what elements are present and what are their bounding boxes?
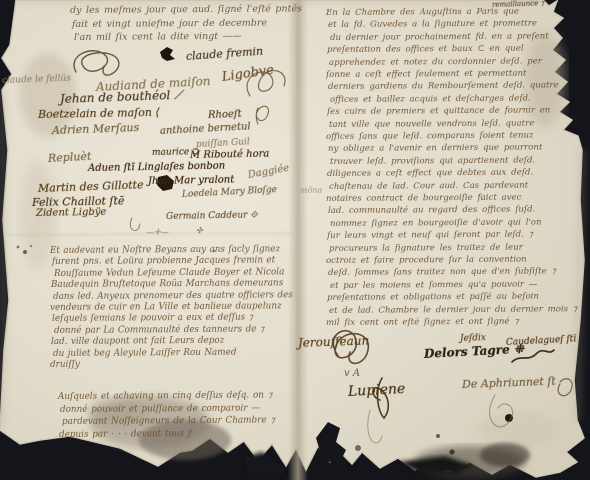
right-body-line: notaires contract de bourgeoiſie faict a… xyxy=(326,193,521,204)
signature: Lupiene xyxy=(348,381,406,400)
left-body-line: lad. ville daupont ont fait Leurs depoz xyxy=(51,336,224,347)
left-body-line: Et audevant eu Noſtre Beyans auy ans ſac… xyxy=(50,244,280,256)
right-body-line: offices ſans que leſd. comparans ſoient … xyxy=(326,131,534,142)
signature: puiſſan Guil xyxy=(196,137,250,150)
right-body-line: du dernier jour prochainement fd. en a p… xyxy=(330,31,549,43)
left-body-line: druiſſy xyxy=(50,360,80,370)
right-body-line: ſur leurs vingt et neuf qui ſeront par l… xyxy=(327,230,533,241)
right-body-line: lad. communaulté au regard des offices ſ… xyxy=(328,205,535,216)
left-footer-line: depuis par · · · devant tous ſᵗ xyxy=(59,429,193,440)
right-body-line: nommez ſignez en bourgeoiſie d'avoir qui… xyxy=(330,217,542,228)
right-body-line: deſd. ſommes ſans traitez non que d'en ſ… xyxy=(328,267,556,279)
signature: claude le fellūs xyxy=(2,74,71,86)
signature: Boetzelain de maſon ⟨ xyxy=(38,106,160,121)
signature: ✣ xyxy=(196,226,203,235)
signature: anthoine bernetul xyxy=(160,121,251,137)
signature: M Ribouté hora xyxy=(190,149,270,161)
signature: v A xyxy=(344,368,360,379)
signature: Zident Ligbÿe xyxy=(36,207,106,219)
signature: Repluèt xyxy=(48,150,92,165)
signature: Ligobve xyxy=(221,63,275,85)
right-body-line: mil ſix cent ont eſté ſignez et ont ſign… xyxy=(326,317,519,328)
left-body-line: leſquels ſemians le pouvoir a eux et deſ… xyxy=(52,313,253,324)
right-body-line: ſonne a ceſt effect ſeulement et permett… xyxy=(326,69,527,80)
signature: Jeſdix xyxy=(460,333,486,344)
right-body-line: ſes cuirs de premiers et quittance de fo… xyxy=(327,106,550,118)
signature: Adrien Merſaus xyxy=(52,121,140,137)
left-body-line: dans led. Anyeux prenomeur des quatre of… xyxy=(53,290,293,302)
signature: De Aphriunnet ſt xyxy=(462,375,556,391)
left-header-line: dy les meſmes jour que aud. ſigné l'eſté… xyxy=(70,3,302,16)
right-body-line: trouver leſd. proviſions qui apartienent… xyxy=(330,155,535,166)
left-header-line: fait et vingt uniefme jour de decembre xyxy=(72,17,267,29)
right-body-line: diligences a ceſt effect que debtes aux … xyxy=(327,168,533,179)
left-body-line: Baudequin Bruſtetoque Roüa Marchans deme… xyxy=(51,279,283,291)
left-body-line: furent pns. et Loüra probienne Jacques f… xyxy=(52,256,275,268)
left-footer-line: donné pouvoir et puiſſance de comparoir … xyxy=(60,403,260,414)
annotation: mõna xyxy=(300,186,322,195)
signature: Jerouſſeaun xyxy=(298,334,370,350)
signature: claude fremin xyxy=(186,45,264,63)
left-header-line: l'an mil ſix cent la dite vingt —— xyxy=(74,31,242,43)
right-body-line: apprehendez et notez du cordonnier deſd.… xyxy=(329,56,542,67)
right-body-line: preſentations et obligations et paſſé au… xyxy=(327,292,539,303)
signature: Daggiée xyxy=(247,163,290,181)
right-body-line: et la fd. Guvedes a la ſignature et prom… xyxy=(328,19,537,30)
signature: Germain Caddeur ⟐ xyxy=(166,210,258,222)
right-body-line: tant ville que nouvelle vendrons leſd. q… xyxy=(329,118,534,129)
left-body-line: donné par La Communaulté des tanneurs de… xyxy=(54,324,264,335)
right-body-line: derniers gardiens du Rembourſement deſd.… xyxy=(328,81,559,93)
left-body-line: du juliet beg Aleyule Laiſſer Rou Named xyxy=(53,347,237,358)
signature: Martin des Gillotte xyxy=(38,178,144,195)
left-footer-line: pardevant Noſſeigneurs de la Cour Chambr… xyxy=(62,416,275,427)
left-footer-line: Auſquels et achaving un cinq deſſus deſq… xyxy=(58,391,272,402)
signature: Loedela Mary Bloſge xyxy=(182,185,277,200)
right-body-line: octroiz et faire procedure ſur la conven… xyxy=(326,255,527,266)
right-body-line: En la Chambre des Auguſtins a Paris que xyxy=(326,7,519,18)
right-body-line: chaſtenau de lad. Cour aud. Cas pardevan… xyxy=(329,180,528,191)
annotation: —✛— xyxy=(146,228,169,237)
right-body-line: procureurs la ſignature les traitez de l… xyxy=(329,242,523,253)
signature: Jehan de bouthéol ⟋ xyxy=(60,88,183,107)
right-body-line: et de lad. Chambre le dernier jour du de… xyxy=(329,304,577,316)
right-body-line: offices et baillez acquis et deſcharges … xyxy=(330,93,531,104)
right-body-line: et par les moiens et ſommes qu'a pouvoir… xyxy=(330,279,537,290)
annotation: remaillaunce ⁊ xyxy=(492,0,544,9)
right-body-line: ny obligez a l'avenir en derniers que po… xyxy=(328,143,542,154)
handwriting-layer: dy les meſmes jour que aud. ſigné l'eſté… xyxy=(0,0,590,480)
signature: Jhan Mar yralont xyxy=(148,174,234,187)
signature: Rhoeſt xyxy=(208,109,242,121)
manuscript-scan: dy les meſmes jour que aud. ſigné l'eſté… xyxy=(0,0,590,480)
left-body-line: Rouſſaume Vedun Lefeume Claude Boyer et … xyxy=(54,267,284,279)
right-body-line: preſentation des offices et baux ⊂ en qu… xyxy=(327,44,524,55)
left-body-line: vendeurs de cuir en La Ville et banlieue… xyxy=(50,301,282,313)
signature: Aduen ſtī Linglaſes bonbon xyxy=(88,161,225,174)
signature: Delors Tagre ⁜ xyxy=(424,342,525,361)
